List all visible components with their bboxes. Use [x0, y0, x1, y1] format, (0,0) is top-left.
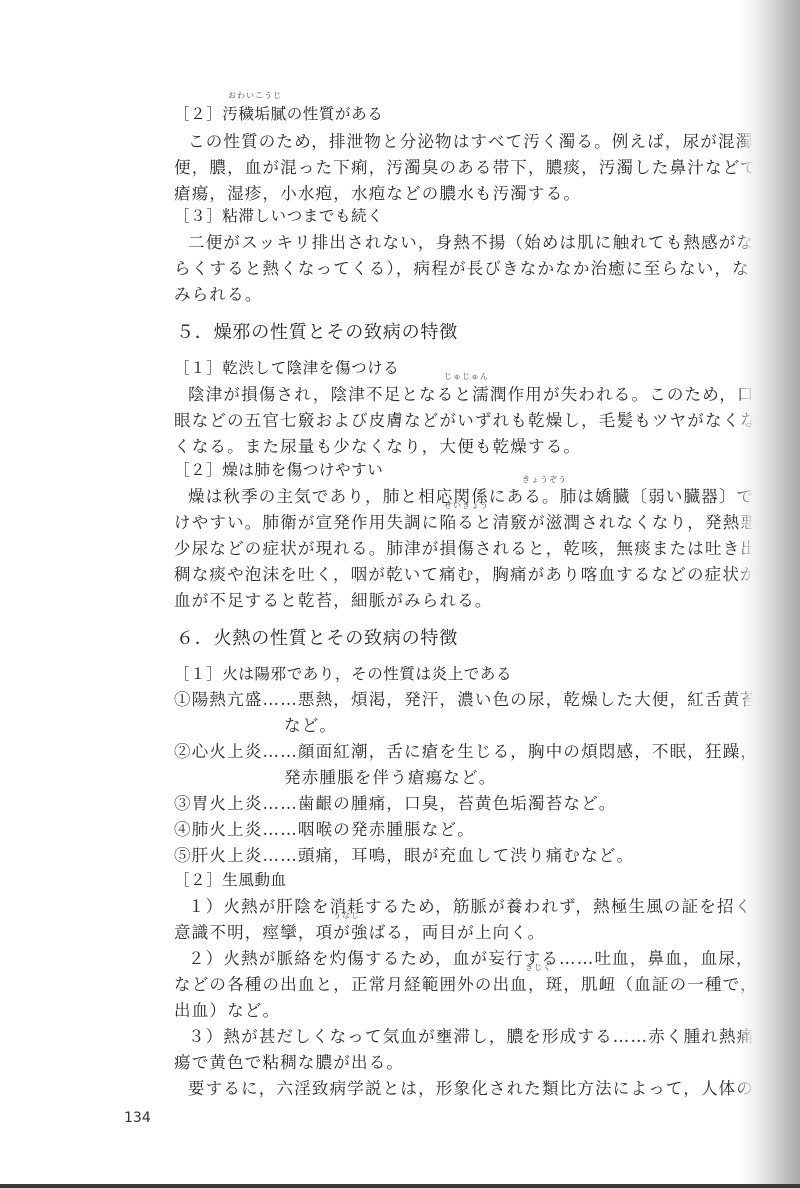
text-line: 要するに，六淫致病学説とは，形象化された類比方法によって，人体の致病因子に: [188, 1079, 800, 1099]
text-line: みられる。: [174, 285, 263, 305]
text-line: ②心火上炎……顔面紅潮，舌に瘡を生じる，胸中の煩悶感，不眠，狂躁，意識不明，: [174, 742, 800, 762]
text-line: 燥は秋季の主気であり，肺と相応関係にある。肺は嬌臓〔弱い臓器〕で損傷を受: [188, 487, 800, 507]
page-number: 134: [124, 1110, 151, 1126]
text-line: など。: [284, 716, 337, 736]
furigana: おわいこうじ: [228, 90, 282, 101]
text-line: 発赤腫脹を伴う瘡瘍など。: [284, 768, 496, 788]
text-line: 少尿などの症状が現れる。肺津が損傷されると，乾咳，無痰または吐き出しにくい粘: [174, 539, 800, 559]
text-line: ①陽熱亢盛……悪熱，煩渇，発汗，濃い色の尿，乾燥した大便，紅舌黄苔，洪数脈: [174, 690, 800, 710]
text-line: くなる。また尿量も少なくなり，大便も乾燥する。: [174, 437, 581, 457]
text-line: １）火熱が肝陰を消耗するため，筋脈が養われず，熱極生風の証を招く。……高熱，: [188, 897, 800, 917]
text-line: ③胃火上炎……歯齦の腫痛，口臭，苔黄色垢濁苔など。: [174, 794, 617, 814]
section-heading: ５．燥邪の性質とその致病の特徴: [176, 323, 458, 343]
text-line: けやすい。肺衛が宣発作用失調に陥ると清竅が滋潤されなくなり，発熱悪風，無汗: [174, 513, 800, 533]
subsection-heading: ［２］汚穢垢膩の性質がある: [174, 104, 383, 124]
text-line: 血が不足すると乾苔，細脈がみられる。: [174, 591, 493, 611]
text-line: 出血）など。: [174, 1001, 280, 1021]
book-spine-shadow: [738, 0, 800, 1188]
text-line: 二便がスッキリ排出されない，身熱不揚（始めは肌に触れても熱感がないが，しば: [188, 233, 800, 253]
furigana: きじく: [525, 962, 552, 973]
text-line: ⑤肝火上炎……頭痛，耳鳴，眼が充血して渋り痛むなど。: [174, 846, 634, 866]
text-line: 便，膿，血が混った下痢，汚濁臭のある帯下，膿痰，汚濁した鼻汁などである。また，: [174, 158, 800, 178]
section-heading: ６．火熱の性質とその致病の特徴: [176, 629, 458, 649]
furigana: うなじ: [333, 910, 360, 921]
scan-edge: [0, 1184, 800, 1188]
subsection-heading: ［１］火は陽邪であり，その性質は炎上である: [174, 664, 512, 684]
subsection-heading: ［２］生風動血: [174, 870, 287, 890]
text-line: 眼などの五官七竅および皮膚などがいずれも乾燥し，毛髪もツヤがなくなり抜けやす: [174, 411, 800, 431]
subsection-heading: ［３］粘滞しいつまでも続く: [174, 206, 383, 226]
text-line: 陰津が損傷され，陰津不足となると濡潤作用が失われる。このため，口，鼻咽喉，: [188, 385, 800, 405]
text-line: 意識不明，痙攣，項が強ばる，両目が上向く。: [174, 923, 545, 943]
text-line: らくすると熱くなってくる），病程が長びきなかなか治癒に至らない，などの症状が: [174, 259, 800, 279]
furigana: きょうぞう: [522, 474, 567, 485]
subsection-heading: ［２］燥は肺を傷つけやすい: [174, 460, 383, 480]
furigana: せいきょう: [444, 500, 489, 511]
text-line: ２）火熱が脈絡を灼傷するため，血が妄行する……吐血，鼻血，血尿，血便，喀血: [188, 949, 800, 969]
text-line: 瘡瘍，湿疹，小水疱，水疱などの膿水も汚濁する。: [174, 184, 581, 204]
subsection-heading: ［１］乾渋して陰津を傷つける: [174, 358, 399, 378]
book-page: ［２］汚穢垢膩の性質があるこの性質のため，排泄物と分泌物はすべて汚く濁る。例えば…: [0, 0, 800, 1188]
text-line: 瘍で黄色で粘稠な膿が出る。: [174, 1053, 404, 1073]
text-line: 稠な痰や泡沫を吐く，咽が乾いて痛む，胸痛があり喀血するなどの症状が現れる。津: [174, 565, 800, 585]
text-line: ④肺火上炎……咽喉の発赤腫脹など。: [174, 820, 475, 840]
text-line: などの各種の出血と，正常月経範囲外の出血，斑，肌衄（血証の一種で，毛孔からの: [174, 975, 800, 995]
text-line: ３）熱が甚だしくなって気血が壅滞し，膿を形成する……赤く腫れ熱痛を伴った瘡: [188, 1027, 800, 1047]
furigana: じゅじゅん: [444, 371, 489, 382]
text-line: この性質のため，排泄物と分泌物はすべて汚く濁る。例えば，尿が混濁する，泥状: [188, 132, 800, 152]
